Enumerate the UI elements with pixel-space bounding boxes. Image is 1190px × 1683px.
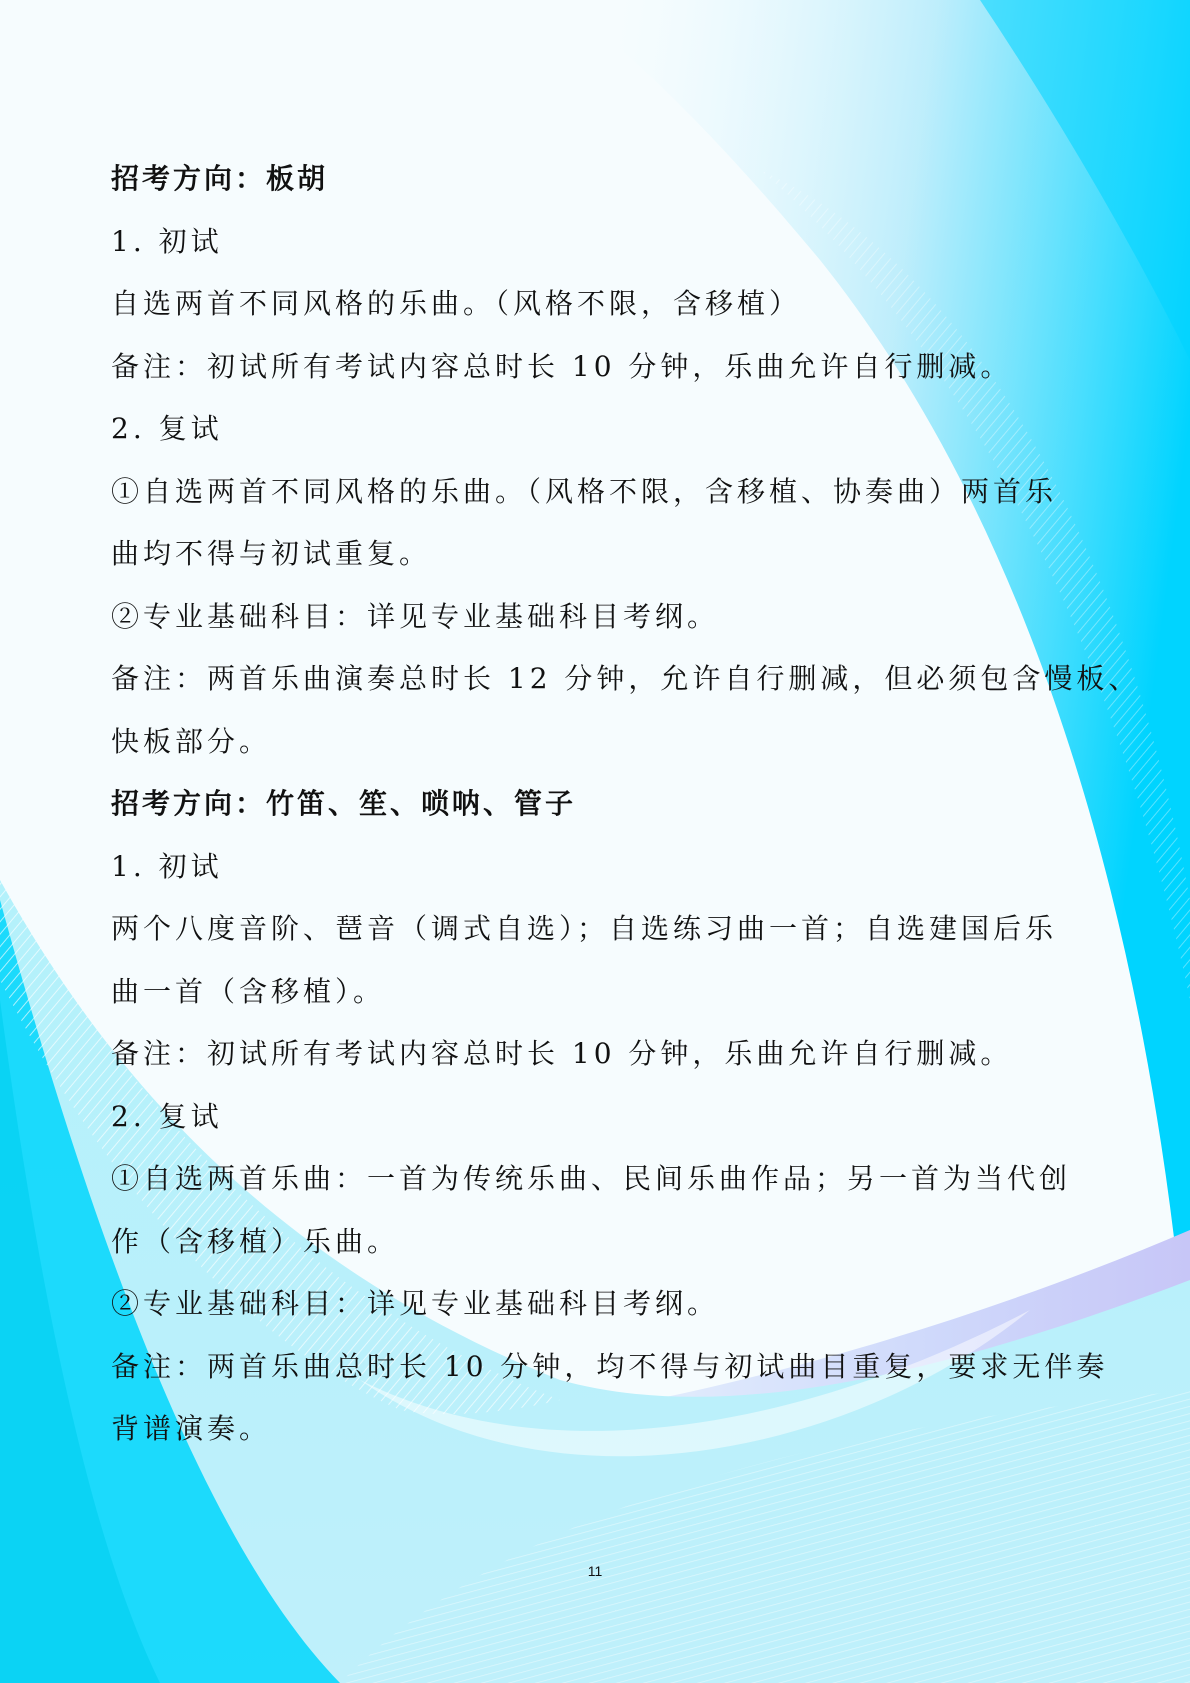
subheading-retest: 2. 复试 xyxy=(111,398,1086,461)
note: 备注：两首乐曲总时长 10 分钟，均不得与初试曲目重复，要求无伴奏 xyxy=(111,1336,1086,1399)
list-item: ②专业基础科目：详见专业基础科目考纲。 xyxy=(111,586,1086,649)
section-banhu: 招考方向：板胡 1. 初试 自选两首不同风格的乐曲。（风格不限，含移植） 备注：… xyxy=(111,148,1086,773)
page-number: 11 xyxy=(0,1563,1190,1579)
note-continued: 快板部分。 xyxy=(111,711,1086,774)
paragraph: 自选两首不同风格的乐曲。（风格不限，含移植） xyxy=(111,273,1086,336)
section-heading: 招考方向：竹笛、笙、唢呐、管子 xyxy=(111,773,1086,836)
section-heading: 招考方向：板胡 xyxy=(111,148,1086,211)
list-item: ①自选两首不同风格的乐曲。（风格不限，含移植、协奏曲）两首乐 xyxy=(111,461,1086,524)
note: 备注：初试所有考试内容总时长 10 分钟，乐曲允许自行删减。 xyxy=(111,336,1086,399)
list-item-continued: 曲均不得与初试重复。 xyxy=(111,523,1086,586)
list-item-continued: 作（含移植）乐曲。 xyxy=(111,1211,1086,1274)
note-continued: 背谱演奏。 xyxy=(111,1398,1086,1461)
paragraph: 两个八度音阶、琶音（调式自选）；自选练习曲一首；自选建国后乐 xyxy=(111,898,1086,961)
document-body: 招考方向：板胡 1. 初试 自选两首不同风格的乐曲。（风格不限，含移植） 备注：… xyxy=(111,148,1086,1461)
subheading-retest: 2. 复试 xyxy=(111,1086,1086,1149)
paragraph-continued: 曲一首（含移植）。 xyxy=(111,961,1086,1024)
note: 备注：两首乐曲演奏总时长 12 分钟，允许自行删减，但必须包含慢板、 xyxy=(111,648,1086,711)
section-winds: 招考方向：竹笛、笙、唢呐、管子 1. 初试 两个八度音阶、琶音（调式自选）；自选… xyxy=(111,773,1086,1461)
list-item: ②专业基础科目：详见专业基础科目考纲。 xyxy=(111,1273,1086,1336)
subheading-preliminary: 1. 初试 xyxy=(111,836,1086,899)
subheading-preliminary: 1. 初试 xyxy=(111,211,1086,274)
note: 备注：初试所有考试内容总时长 10 分钟，乐曲允许自行删减。 xyxy=(111,1023,1086,1086)
list-item: ①自选两首乐曲：一首为传统乐曲、民间乐曲作品；另一首为当代创 xyxy=(111,1148,1086,1211)
